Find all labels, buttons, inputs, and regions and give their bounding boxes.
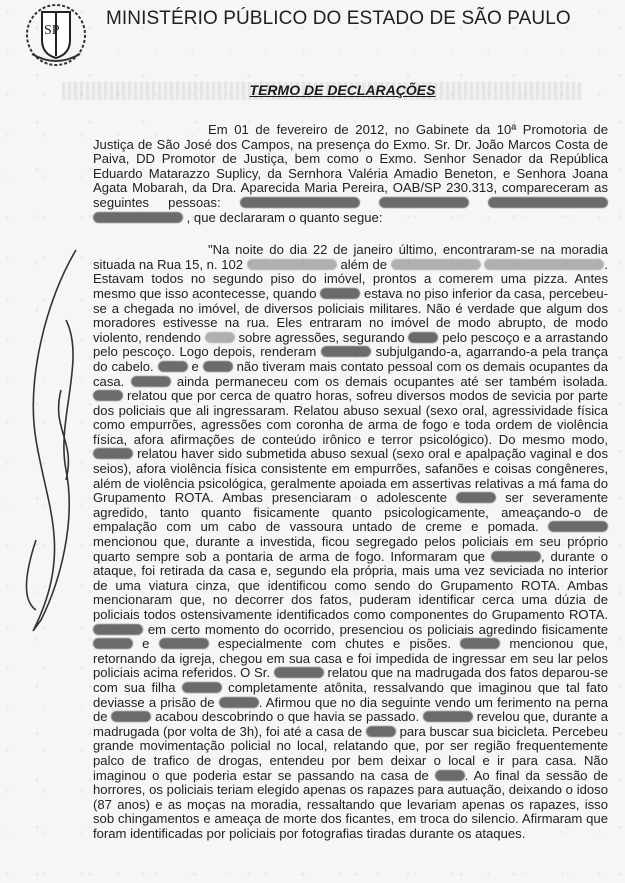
redacted-name xyxy=(320,288,360,299)
redacted-name xyxy=(460,638,500,649)
redacted-name xyxy=(203,361,233,372)
redacted-name xyxy=(93,448,133,459)
redacted-name xyxy=(219,697,259,708)
redacted-name xyxy=(131,376,171,387)
redacted-name xyxy=(93,638,133,649)
statement-body: Em 01 de fevereiro de 2012, no Gabinete … xyxy=(93,123,608,842)
redacted-name xyxy=(205,332,235,343)
document-title: TERMO DE DECLARAÇÕES xyxy=(0,82,625,98)
redacted-name xyxy=(159,638,209,649)
redacted-name xyxy=(247,259,337,270)
redacted-name xyxy=(111,711,151,722)
institution-header: MINISTÉRIO PÚBLICO DO ESTADO DE SÃO PAUL… xyxy=(106,8,571,30)
redacted-names xyxy=(240,197,360,208)
redacted-name xyxy=(423,711,473,722)
redacted-name xyxy=(408,332,438,343)
svg-text:SP: SP xyxy=(44,23,60,38)
redacted-name xyxy=(274,667,324,678)
document-page: SP MINISTÉRIO PÚBLICO DO ESTADO DE SÃO P… xyxy=(0,0,625,883)
redacted-name xyxy=(182,682,222,693)
intro-paragraph: Em 01 de fevereiro de 2012, no Gabinete … xyxy=(93,123,608,225)
signature-icon xyxy=(6,240,96,660)
redacted-name xyxy=(366,726,396,737)
coat-of-arms-icon: SP xyxy=(24,2,88,68)
statement-paragraph: "Na noite do dia 22 de janeiro último, e… xyxy=(93,243,608,841)
redacted-name xyxy=(93,624,143,635)
redacted-names xyxy=(379,197,469,208)
redacted-name xyxy=(456,492,496,503)
redacted-names xyxy=(488,197,608,208)
redacted-name xyxy=(391,259,481,270)
redacted-name xyxy=(435,770,465,781)
redacted-name xyxy=(93,390,123,401)
redacted-names xyxy=(93,212,183,223)
redacted-name xyxy=(491,551,541,562)
redacted-name xyxy=(158,361,188,372)
redacted-name xyxy=(548,521,608,532)
redacted-name xyxy=(321,346,371,357)
redacted-name xyxy=(484,259,604,270)
